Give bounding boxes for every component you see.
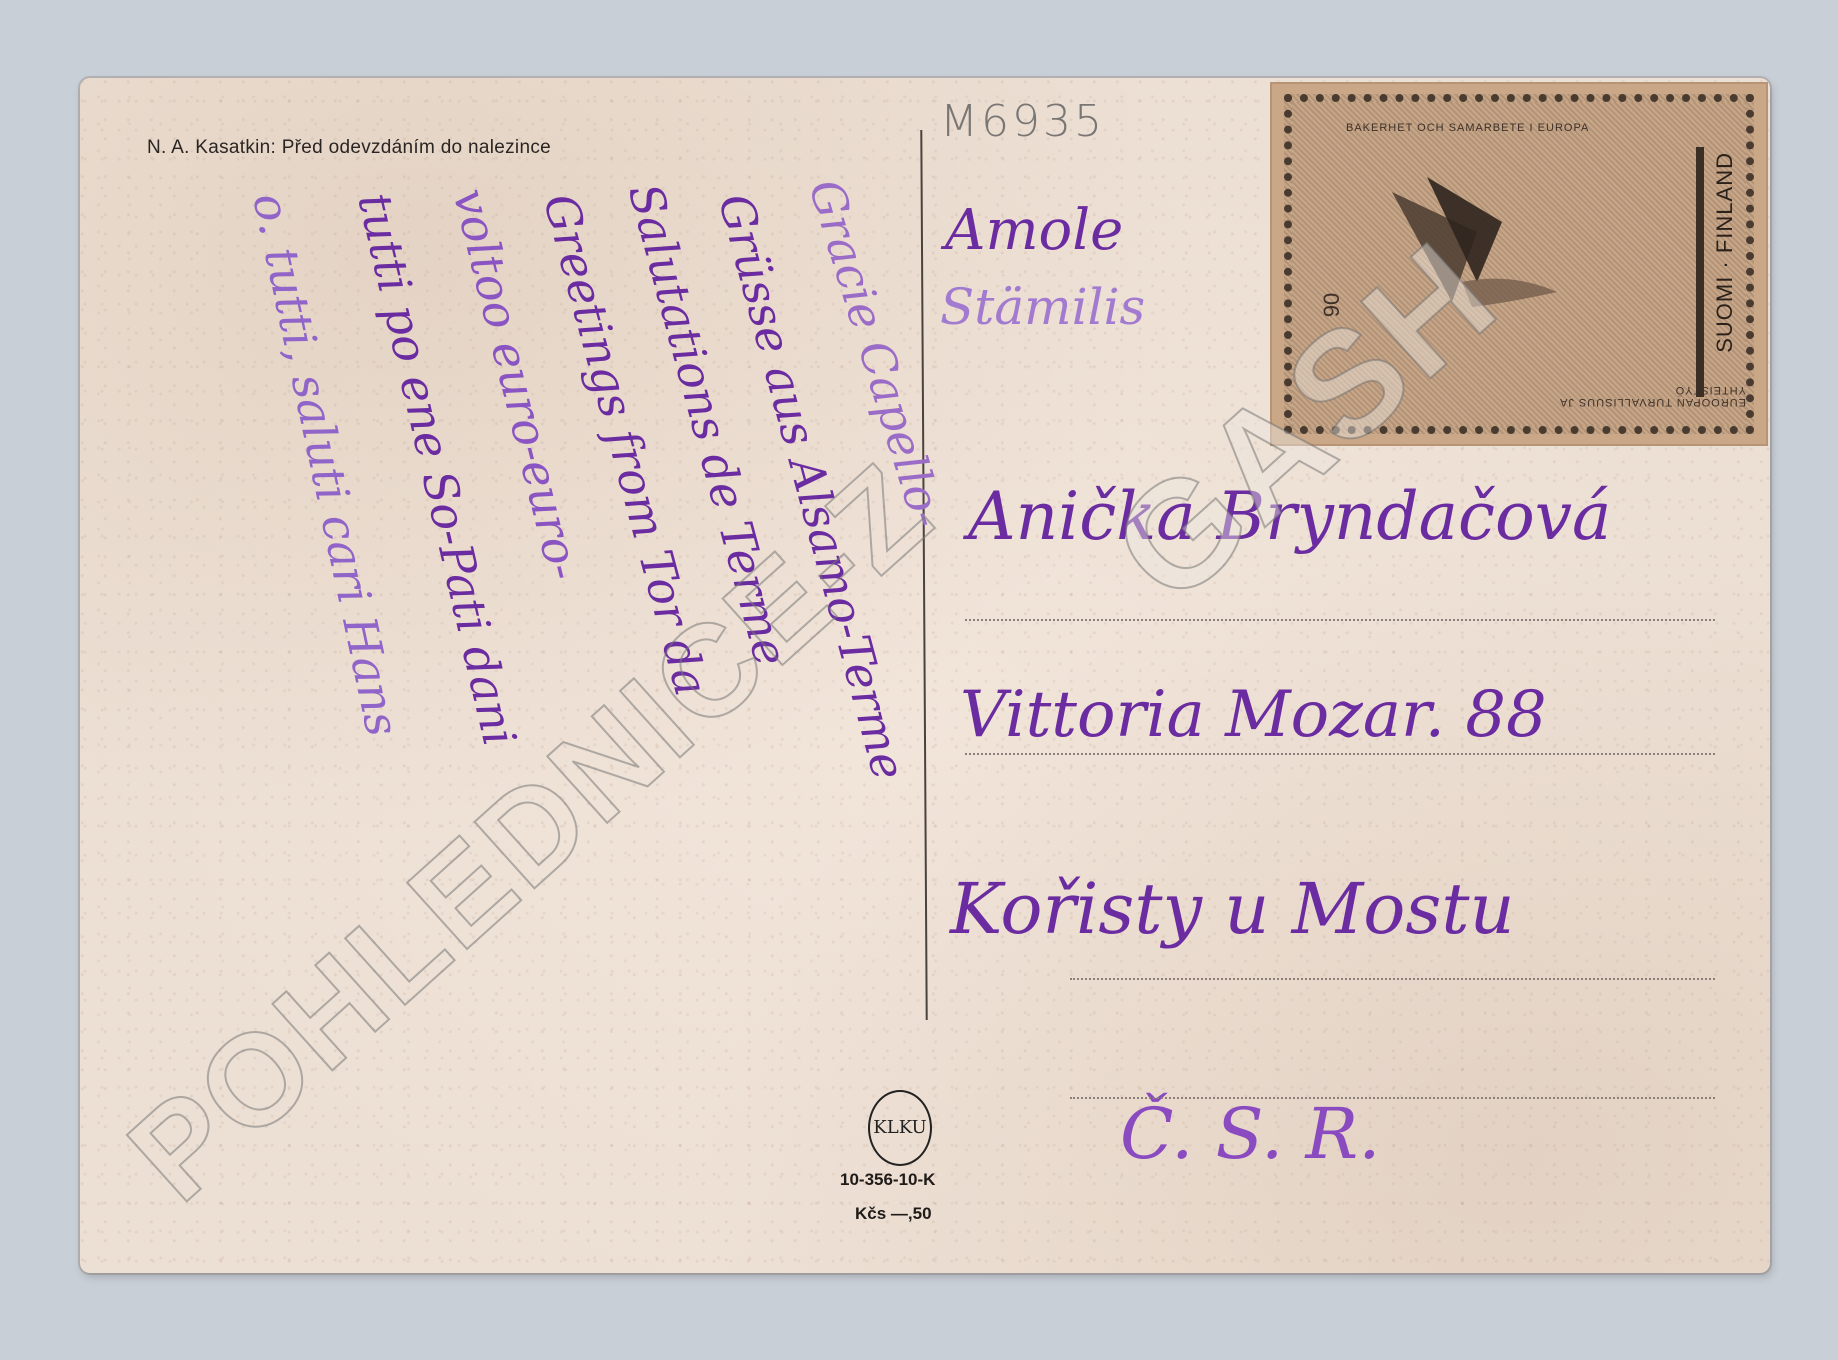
address-dotted-line-4 bbox=[1070, 1097, 1715, 1099]
stamp-bottom-text: EUROOPAN TURVALLISUUS JA YHTEISTYÖ bbox=[1492, 384, 1746, 408]
handwritten-sender-line-2: Stämilis bbox=[940, 278, 1145, 336]
pencil-catalog-number: M6935 bbox=[940, 96, 1105, 147]
address-dotted-line-1 bbox=[965, 619, 1715, 621]
handwritten-street: Vittoria Mozar. 88 bbox=[960, 678, 1547, 752]
printed-caption: N. A. Kasatkin: Před odevzdáním do nalez… bbox=[147, 137, 551, 159]
postcard: N. A. Kasatkin: Před odevzdáním do nalez… bbox=[80, 78, 1770, 1273]
stamp-country-label: SUOMI · FINLAND bbox=[1712, 152, 1738, 353]
watermark-pohlednice: POHLEDNICE-Z bbox=[100, 433, 961, 1229]
stamp-bar bbox=[1696, 147, 1704, 397]
address-dotted-line-2 bbox=[965, 753, 1715, 755]
handwritten-city: Kořisty u Mostu bbox=[950, 868, 1515, 950]
publisher-logo: KLKU bbox=[868, 1090, 932, 1166]
printed-price: Kčs —,50 bbox=[855, 1204, 932, 1224]
handwritten-sender-line-1: Amole bbox=[945, 198, 1123, 263]
handwritten-country: Č. S. R. bbox=[1120, 1093, 1380, 1175]
publisher-code: 10-356-10-K bbox=[840, 1170, 935, 1190]
address-dotted-line-3 bbox=[1070, 978, 1715, 980]
stamp-top-text: BAKERHET OCH SAMARBETE I EUROPA bbox=[1346, 122, 1589, 134]
